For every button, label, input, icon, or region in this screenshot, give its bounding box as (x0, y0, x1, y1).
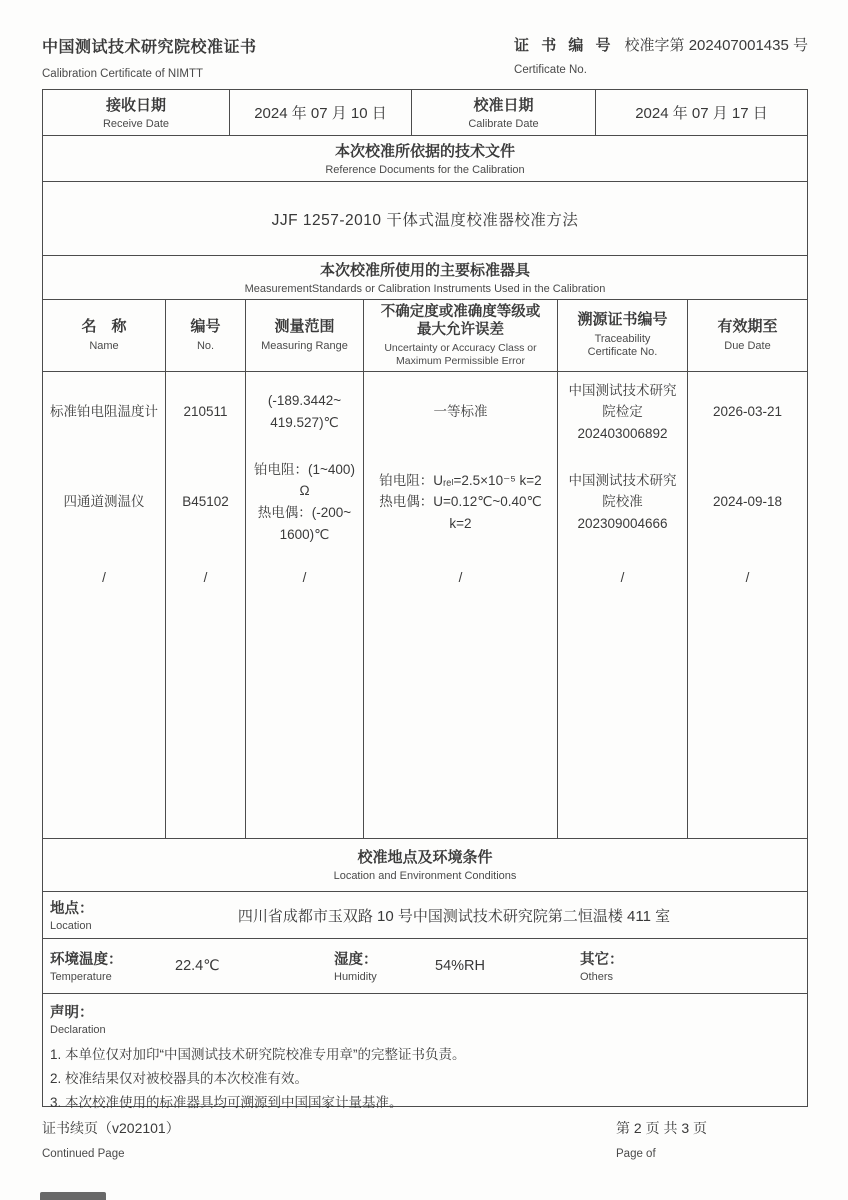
instrument-1-uncertainty: 一等标准 (364, 372, 557, 452)
column-header-name: 名 称 Name (43, 300, 166, 371)
col-uncertainty-en: Uncertainty or Accuracy Class or Maximum… (384, 342, 536, 368)
instrument-1-no: 210511 (166, 372, 245, 452)
location-title-row: 校准地点及环境条件 Location and Environment Condi… (43, 839, 807, 892)
temperature-label-en: Temperature (50, 971, 161, 985)
col-due-zh: 有效期至 (717, 318, 777, 337)
page-footer: 证书续页（v202101） Continued Page 第 2 页 共 3 页… (42, 1118, 808, 1160)
instrument-2-range: 铂电阻：(1~400) Ω 热电偶：(-200~ 1600)℃ (246, 452, 363, 552)
reference-title-row: 本次校准所依据的技术文件 Reference Documents for the… (43, 136, 807, 182)
receive-date-value: 2024 年 07 月 10 日 (254, 102, 387, 123)
body-column-range: (-189.3442~ 419.527)℃ 铂电阻：(1~400) Ω 热电偶：… (246, 372, 364, 838)
col-range-zh: 测量范围 (274, 318, 334, 337)
instrument-3-due: / (688, 552, 807, 604)
col-traceability-en: Traceability Certificate No. (588, 333, 658, 361)
humidity-label-zh: 湿度： (334, 948, 405, 969)
instrument-1-range: (-189.3442~ 419.527)℃ (246, 372, 363, 452)
column-header-range: 测量范围 Measuring Range (246, 300, 364, 371)
temperature-group: 环境温度： Temperature 22.4℃ (43, 948, 327, 985)
column-header-no: 编号 No. (166, 300, 246, 371)
instrument-1-traceability: 中国测试技术研究 院检定 202403006892 (558, 372, 687, 452)
certificate-table: 接收日期 Receive Date 2024 年 07 月 10 日 校准日期 … (42, 89, 808, 1107)
declaration-item-1: 1. 本单位仅对加印“中国测试技术研究院校准专用章”的完整证书负责。 (50, 1043, 799, 1067)
certificate-number-label-zh: 证 书 编 号 (514, 37, 615, 54)
calibrate-date-value-cell: 2024 年 07 月 17 日 (596, 90, 807, 135)
scan-artifact-mark (40, 1192, 106, 1200)
page-number-en: Page of (616, 1148, 808, 1160)
instrument-3-no: / (166, 552, 245, 604)
humidity-group: 湿度： Humidity 54%RH (327, 948, 573, 985)
instrument-3-traceability: / (558, 552, 687, 604)
col-due-en: Due Date (724, 340, 770, 354)
instrument-2-due: 2024-09-18 (688, 452, 807, 552)
footer-right-block: 第 2 页 共 3 页 Page of (616, 1118, 808, 1160)
environment-row: 环境温度： Temperature 22.4℃ 湿度： Humidity 54%… (43, 939, 807, 994)
header-title-block: 中国测试技术研究院校准证书 Calibration Certificate of… (42, 34, 257, 80)
col-traceability-zh: 溯源证书编号 (577, 311, 667, 330)
body-column-traceability: 中国测试技术研究 院检定 202403006892 中国测试技术研究 院校准 2… (558, 372, 688, 838)
humidity-value: 54%RH (435, 958, 485, 974)
dates-row: 接收日期 Receive Date 2024 年 07 月 10 日 校准日期 … (43, 90, 807, 136)
instrument-2-uncertainty: 铂电阻：Uᵣₑₗ=2.5×10⁻⁵ k=2 热电偶：U=0.12℃~0.40℃ … (364, 452, 557, 552)
standards-title-row: 本次校准所使用的主要标准器具 MeasurementStandards or C… (43, 256, 807, 300)
standards-title-zh: 本次校准所使用的主要标准器具 (320, 259, 530, 280)
page-number-zh: 第 2 页 共 3 页 (616, 1118, 808, 1138)
location-row: 地点： Location 四川省成都市玉双路 10 号中国测试技术研究院第二恒温… (43, 892, 807, 939)
location-label-en: Location (50, 920, 161, 934)
declaration-row: 声明： Declaration 1. 本单位仅对加印“中国测试技术研究院校准专用… (43, 994, 807, 1106)
certificate-number-block: 证 书 编 号校准字第 202407001435 号 Certificate N… (514, 34, 808, 76)
continued-page-zh: 证书续页（v202101） (42, 1118, 616, 1138)
instrument-2-no: B45102 (166, 452, 245, 552)
certificate-number-label-en: Certificate No. (514, 64, 808, 76)
standards-column-headers: 名 称 Name 编号 No. 测量范围 Measuring Range 不确定… (43, 300, 807, 372)
col-name-zh: 名 称 (81, 318, 126, 337)
receive-date-label-en: Receive Date (103, 118, 169, 132)
instrument-3-name: / (43, 552, 165, 604)
receive-date-label-zh: 接收日期 (106, 94, 166, 115)
calibrate-date-label-en: Calibrate Date (468, 118, 538, 132)
reference-content-row: JJF 1257-2010 干体式温度校准器校准方法 (43, 182, 807, 256)
certificate-title-en: Calibration Certificate of NIMTT (42, 68, 257, 80)
body-column-name: 标准铂电阻温度计 四通道测温仪 / (43, 372, 166, 838)
humidity-label-en: Humidity (334, 971, 405, 985)
instrument-3-range: / (246, 552, 363, 604)
instrument-1-due: 2026-03-21 (688, 372, 807, 452)
body-column-no: 210511 B45102 / (166, 372, 246, 838)
location-title-en: Location and Environment Conditions (334, 870, 517, 884)
instrument-1-name: 标准铂电阻温度计 (43, 372, 165, 452)
others-label-en: Others (580, 971, 624, 985)
declaration-item-2: 2. 校准结果仅对被校器具的本次校准有效。 (50, 1067, 799, 1091)
standards-title-en: MeasurementStandards or Calibration Inst… (245, 283, 606, 297)
others-label-block: 其它： Others (573, 948, 624, 985)
col-uncertainty-zh: 不确定度或准确度等级或 最大允许误差 (381, 303, 541, 339)
receive-date-label-cell: 接收日期 Receive Date (43, 90, 230, 135)
col-no-zh: 编号 (190, 318, 220, 337)
reference-title-en: Reference Documents for the Calibration (325, 164, 524, 178)
col-no-en: No. (197, 340, 214, 354)
standards-body: 标准铂电阻温度计 四通道测温仪 / 210511 B45102 / (-189.… (43, 372, 807, 839)
declaration-item-3: 3. 本次校准使用的标准器具均可溯源到中国国家计量基准。 (50, 1091, 799, 1115)
temperature-value: 22.4℃ (175, 958, 220, 974)
location-title-zh: 校准地点及环境条件 (357, 846, 492, 867)
calibrate-date-label-zh: 校准日期 (473, 94, 533, 115)
temperature-label-block: 环境温度： Temperature (43, 948, 161, 985)
reference-title-zh: 本次校准所依据的技术文件 (335, 140, 515, 161)
temperature-label-zh: 环境温度： (50, 948, 161, 969)
document-header: 中国测试技术研究院校准证书 Calibration Certificate of… (42, 34, 808, 80)
instrument-3-uncertainty: / (364, 552, 557, 604)
location-value: 四川省成都市玉双路 10 号中国测试技术研究院第二恒温楼 411 室 (161, 905, 807, 926)
footer-left-block: 证书续页（v202101） Continued Page (42, 1118, 616, 1160)
declaration-label-zh: 声明： (50, 1001, 799, 1022)
reference-document: JJF 1257-2010 干体式温度校准器校准方法 (272, 208, 579, 230)
certificate-page: 中国测试技术研究院校准证书 Calibration Certificate of… (0, 0, 848, 1200)
location-label-zh: 地点： (50, 897, 161, 918)
receive-date-value-cell: 2024 年 07 月 10 日 (230, 90, 412, 135)
column-header-uncertainty: 不确定度或准确度等级或 最大允许误差 Uncertainty or Accura… (364, 300, 558, 371)
instrument-2-traceability: 中国测试技术研究 院校准 202309004666 (558, 452, 687, 552)
column-header-due-date: 有效期至 Due Date (688, 300, 807, 371)
location-label-block: 地点： Location (43, 897, 161, 934)
declaration-label-en: Declaration (50, 1024, 799, 1038)
certificate-title-zh: 中国测试技术研究院校准证书 (42, 34, 257, 57)
instrument-2-name: 四通道测温仪 (43, 452, 165, 552)
humidity-label-block: 湿度： Humidity (327, 948, 405, 985)
body-column-uncertainty: 一等标准 铂电阻：Uᵣₑₗ=2.5×10⁻⁵ k=2 热电偶：U=0.12℃~0… (364, 372, 558, 838)
col-name-en: Name (89, 340, 118, 354)
certificate-number-value: 校准字第 202407001435 号 (625, 37, 808, 54)
calibrate-date-value: 2024 年 07 月 17 日 (635, 102, 768, 123)
calibrate-date-label-cell: 校准日期 Calibrate Date (412, 90, 596, 135)
column-header-traceability: 溯源证书编号 Traceability Certificate No. (558, 300, 688, 371)
others-group: 其它： Others (573, 948, 807, 985)
others-label-zh: 其它： (580, 948, 624, 969)
col-range-en: Measuring Range (261, 340, 348, 354)
body-column-due-date: 2026-03-21 2024-09-18 / (688, 372, 807, 838)
certificate-number-line: 证 书 编 号校准字第 202407001435 号 (514, 34, 808, 55)
continued-page-en: Continued Page (42, 1148, 616, 1160)
